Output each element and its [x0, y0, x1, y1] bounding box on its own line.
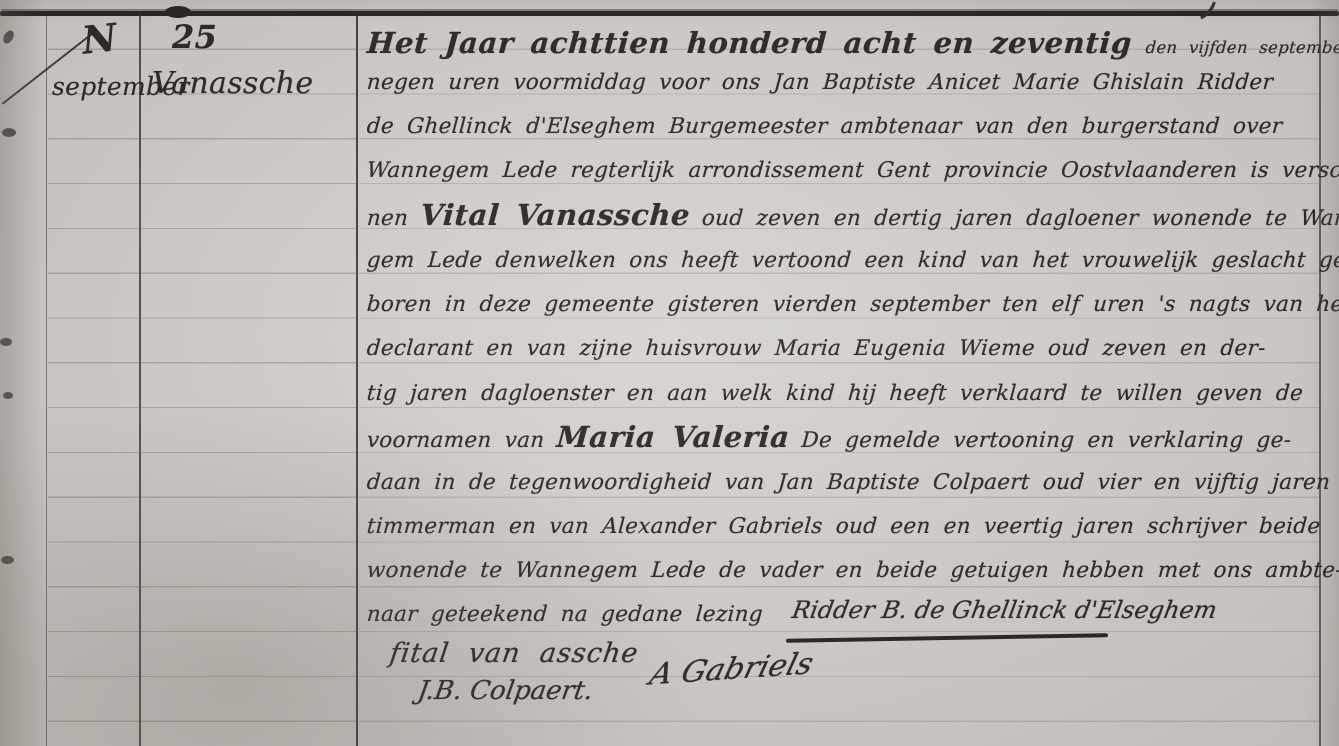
opening-formula: Het Jaar achttien honderd acht en zevent…	[366, 26, 1133, 60]
act-line-4: Wannegem Lede regterlijk arrondissement …	[366, 158, 1339, 183]
line5-continuation: oud zeven en dertig jaren dagloener wone…	[701, 206, 1339, 231]
act-line-11: daan in de tegenwoordigheid van Jan Bapt…	[366, 470, 1331, 495]
act-line-10: voornamen vanMaria ValeriaDe gemelde ver…	[366, 420, 1293, 454]
left-margin-rule	[46, 14, 47, 746]
ruled-lines-month-column	[48, 0, 139, 746]
act-line-13: wonende te Wannegem Lede de vader en bei…	[366, 558, 1339, 583]
signature-witness-1: J.B. Colpaert.	[416, 676, 596, 706]
act-line-9: tig jaren dagloenster en aan welk kind h…	[366, 381, 1304, 406]
ink-blot	[165, 6, 191, 18]
act-line-14: naar geteekend na gedane lezing	[366, 602, 764, 627]
scan-smudge	[1, 556, 14, 564]
right-margin-rule	[1319, 14, 1321, 746]
act-number: 25	[172, 18, 217, 56]
scan-smudge	[0, 338, 12, 346]
ruled-lines-text-column	[359, 0, 1319, 746]
act-line-7: boren in deze gemeente gisteren vierden …	[366, 292, 1339, 317]
line10-continuation: De gemelde vertooning en verklaring ge-	[801, 428, 1293, 453]
date-phrase: den vijfden september ten	[1145, 38, 1339, 57]
father-name-emphasis: Vital Vanassche	[419, 198, 691, 232]
line5-prefix: nen	[366, 206, 409, 231]
act-line-1: Het Jaar achttien honderd acht en zevent…	[366, 26, 1339, 60]
name-column-divider	[356, 14, 358, 746]
act-line-8: declarant en van zijne huisvrouw Maria E…	[366, 336, 1267, 361]
register-page-scan: N september 25 Vanassche Het Jaar achtti…	[0, 0, 1339, 746]
top-horizontal-rule	[0, 11, 1339, 16]
ruled-lines-name-column	[141, 0, 356, 746]
act-line-12: timmerman en van Alexander Gabriels oud …	[366, 514, 1321, 539]
act-line-6: gem Lede denwelken ons heeft vertoond ee…	[366, 248, 1339, 273]
signature-underline	[786, 633, 1108, 643]
scan-smudge	[3, 392, 13, 399]
act-line-2: negen uren voormiddag voor ons Jan Bapti…	[366, 70, 1274, 95]
act-line-3: de Ghellinck d'Elseghem Burgemeester amb…	[366, 114, 1283, 139]
scan-smudge	[2, 128, 16, 137]
child-given-names-emphasis: Maria Valeria	[555, 420, 790, 454]
signature-officer: Ridder B. de Ghellinck d'Elseghem	[789, 596, 1219, 628]
line10-prefix: voornamen van	[366, 428, 545, 453]
act-line-5: nenVital Vanasscheoud zeven en dertig ja…	[366, 198, 1339, 232]
child-surname-heading: Vanassche	[152, 66, 313, 101]
signature-father: fital van assche	[388, 638, 641, 669]
scan-smudge	[1, 29, 16, 46]
signature-witness-2: A Gabriels	[646, 646, 817, 692]
month-column-divider	[139, 14, 141, 746]
